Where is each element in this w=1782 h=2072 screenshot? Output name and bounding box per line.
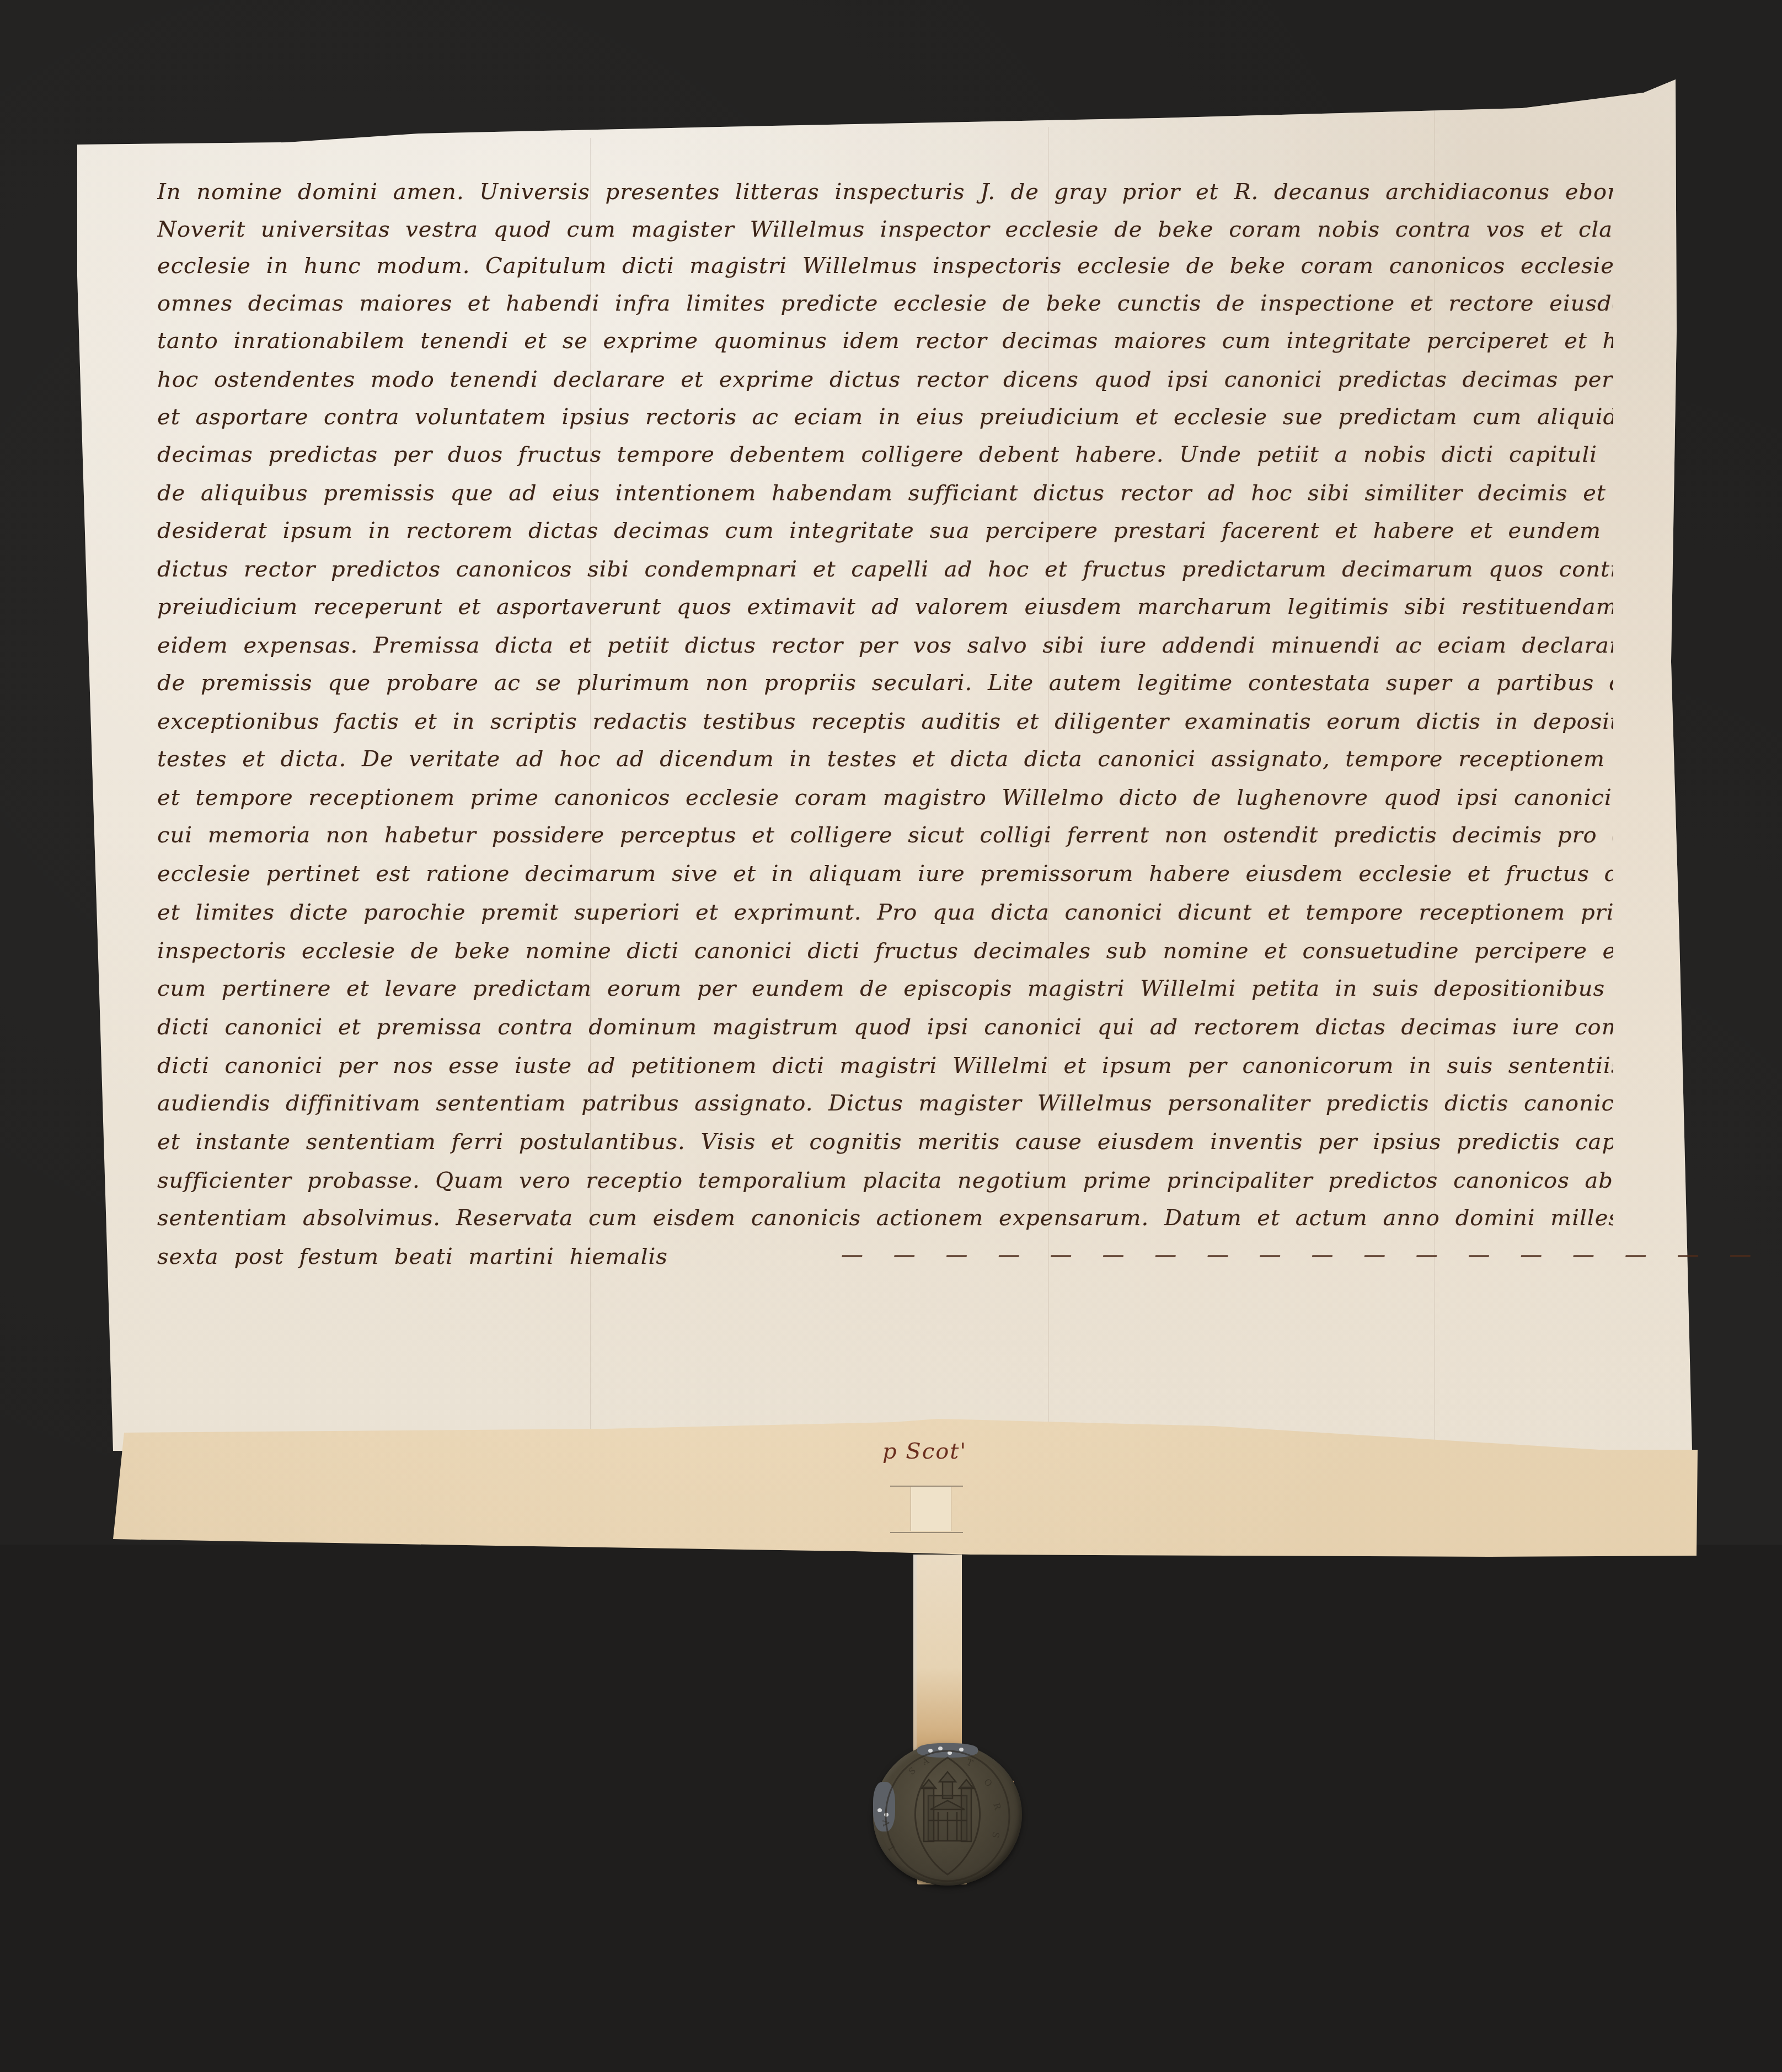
svg-text:T: T xyxy=(965,1756,975,1769)
text-line: cum pertinere et levare predictam eorum … xyxy=(157,972,1613,1005)
text-line: dicti canonici et premissa contra dominu… xyxy=(157,1011,1613,1044)
text-line: eidem expensas. Premissa dicta et petiit… xyxy=(157,629,1613,662)
text-line: ecclesie pertinet est ratione decimarum … xyxy=(157,857,1613,890)
seal-church-device-icon: S A T O R S V L xyxy=(873,1743,1022,1886)
text-line: sufficienter probasse. Quam vero recepti… xyxy=(157,1164,1613,1197)
svg-text:S: S xyxy=(990,1831,1002,1839)
text-line: tanto inrationabilem tenendi et se expri… xyxy=(157,324,1613,357)
text-line: ecclesie in hunc modum. Capitulum dicti … xyxy=(157,249,1613,282)
text-line-final: sexta post festum beati martini hiemalis xyxy=(157,1240,830,1273)
wax-seal: S A T O R S V L xyxy=(873,1743,1022,1886)
text-line: et limites dicte parochie premit superio… xyxy=(157,896,1613,929)
svg-text:R: R xyxy=(991,1802,1003,1811)
seal-tag xyxy=(908,1555,973,1760)
text-line: sententiam absolvimus. Reservata cum eis… xyxy=(157,1201,1613,1235)
line-filler-dashes: — — — — — — — — — — — — — — — — — — — — … xyxy=(841,1238,1768,1271)
text-line: Noverit universitas vestra quod cum magi… xyxy=(157,213,1613,246)
text-line: de aliquibus premissis que ad eius inten… xyxy=(157,477,1613,510)
svg-text:S: S xyxy=(906,1765,918,1777)
seal-tag-strip xyxy=(913,1555,962,1760)
text-line: cui memoria non habetur possidere percep… xyxy=(157,819,1613,852)
text-line: preiudicium receperunt et asportaverunt … xyxy=(157,590,1613,623)
text-line: et tempore receptionem prime canonicos e… xyxy=(157,781,1613,814)
text-line: desiderat ipsum in rectorem dictas decim… xyxy=(157,514,1613,547)
text-line: et instante sententiam ferri postulantib… xyxy=(157,1125,1613,1158)
text-line: hoc ostendentes modo tenendi declarare e… xyxy=(157,363,1613,396)
text-line: omnes decimas maiores et habendi infra l… xyxy=(157,287,1613,320)
text-line: de premissis que probare ac se plurimum … xyxy=(157,666,1613,699)
plica-slit-bottom xyxy=(890,1532,963,1533)
tag-through-plica xyxy=(911,1487,951,1531)
text-line: inspectoris ecclesie de beke nomine dict… xyxy=(157,934,1613,968)
charter: In nomine domini amen. Universis present… xyxy=(0,0,1782,2072)
text-line: decimas predictas per duos fructus tempo… xyxy=(157,438,1613,471)
svg-text:O: O xyxy=(982,1776,994,1788)
text-line: dicti canonici per nos esse iuste ad pet… xyxy=(157,1049,1613,1082)
text-line: audiendis diffinitivam sententiam patrib… xyxy=(157,1087,1613,1120)
svg-text:V: V xyxy=(881,1819,892,1828)
text-line: In nomine domini amen. Universis present… xyxy=(157,175,1613,209)
text-line: dictus rector predictos canonicos sibi c… xyxy=(157,553,1613,586)
endorsement-text: p Scot' xyxy=(882,1439,967,1464)
svg-text:A: A xyxy=(920,1755,931,1767)
text-line: exceptionibus factis et in scriptis reda… xyxy=(157,705,1613,738)
text-line: testes et dicta. De veritate ad hoc ad d… xyxy=(157,743,1613,776)
text-line: et asportare contra voluntatem ipsius re… xyxy=(157,400,1613,434)
